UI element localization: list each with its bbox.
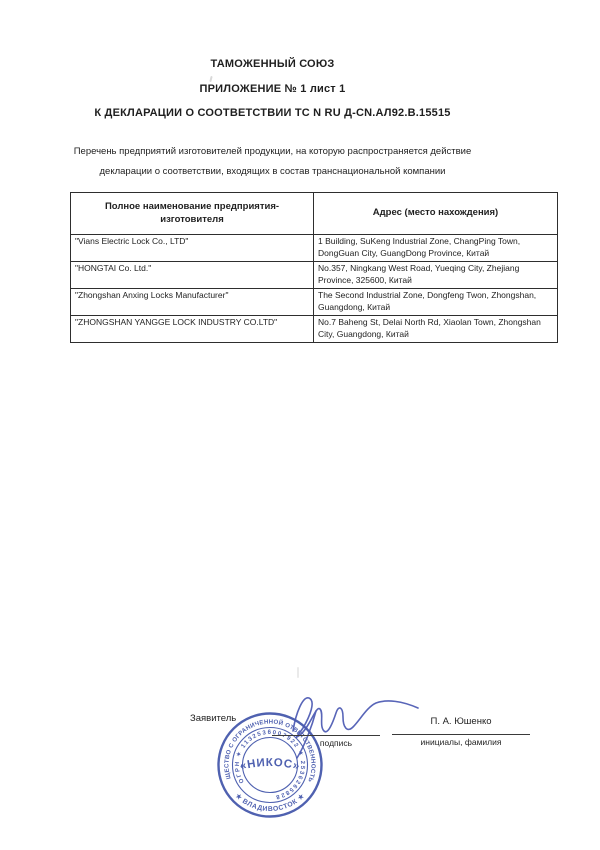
customs-union-title: ТАМОЖЕННЫЙ СОЮЗ bbox=[0, 58, 545, 70]
intro-text-line1: Перечень предприятий изготовителей проду… bbox=[0, 146, 545, 157]
manufacturer-name: "ZHONGSHAN YANGGE LOCK INDUSTRY CO.LTD" bbox=[71, 316, 314, 343]
table-row: "Zhongshan Anxing Locks Manufacturer" Th… bbox=[71, 289, 558, 316]
annex-title: ПРИЛОЖЕНИЕ № 1 лист 1 bbox=[0, 83, 545, 95]
signature-line bbox=[272, 735, 380, 736]
manufacturer-name: "HONGTAI Co. Ltd." bbox=[71, 262, 314, 289]
table-row: "ZHONGSHAN YANGGE LOCK INDUSTRY CO.LTD" … bbox=[71, 316, 558, 343]
signature-scribble bbox=[260, 685, 430, 775]
scan-artifact bbox=[209, 76, 212, 82]
scan-artifact bbox=[297, 667, 299, 678]
declaration-number-title: К ДЕКЛАРАЦИИ О СООТВЕТСТВИИ ТС N RU Д-CN… bbox=[0, 107, 545, 119]
manufacturer-address: No.357, Ningkang West Road, Yueqing City… bbox=[314, 262, 558, 289]
signature-caption: подпись bbox=[300, 738, 372, 748]
column-header-address: Адрес (место нахождения) bbox=[314, 193, 558, 235]
table-row: "HONGTAI Co. Ltd." No.357, Ningkang West… bbox=[71, 262, 558, 289]
manufacturer-address: 1 Building, SuKeng Industrial Zone, Chan… bbox=[314, 235, 558, 262]
table-row: "Vians Electric Lock Co., LTD" 1 Buildin… bbox=[71, 235, 558, 262]
manufacturers-table: Полное наименование предприятия-изготови… bbox=[70, 192, 558, 343]
manufacturer-address: No.7 Baheng St, Delai North Rd, Xiaolan … bbox=[314, 316, 558, 343]
manufacturer-name: "Zhongshan Anxing Locks Manufacturer" bbox=[71, 289, 314, 316]
manufacturer-address: The Second Industrial Zone, Dongfeng Two… bbox=[314, 289, 558, 316]
column-header-manufacturer-name: Полное наименование предприятия-изготови… bbox=[71, 193, 314, 235]
table-header-row: Полное наименование предприятия-изготови… bbox=[71, 193, 558, 235]
intro-text-line2: декларации о соответствии, входящих в со… bbox=[0, 166, 545, 177]
name-line bbox=[392, 734, 530, 735]
manufacturer-name: "Vians Electric Lock Co., LTD" bbox=[71, 235, 314, 262]
scanned-document-page: { "document": { "header": { "line1": "ТА… bbox=[0, 0, 600, 850]
